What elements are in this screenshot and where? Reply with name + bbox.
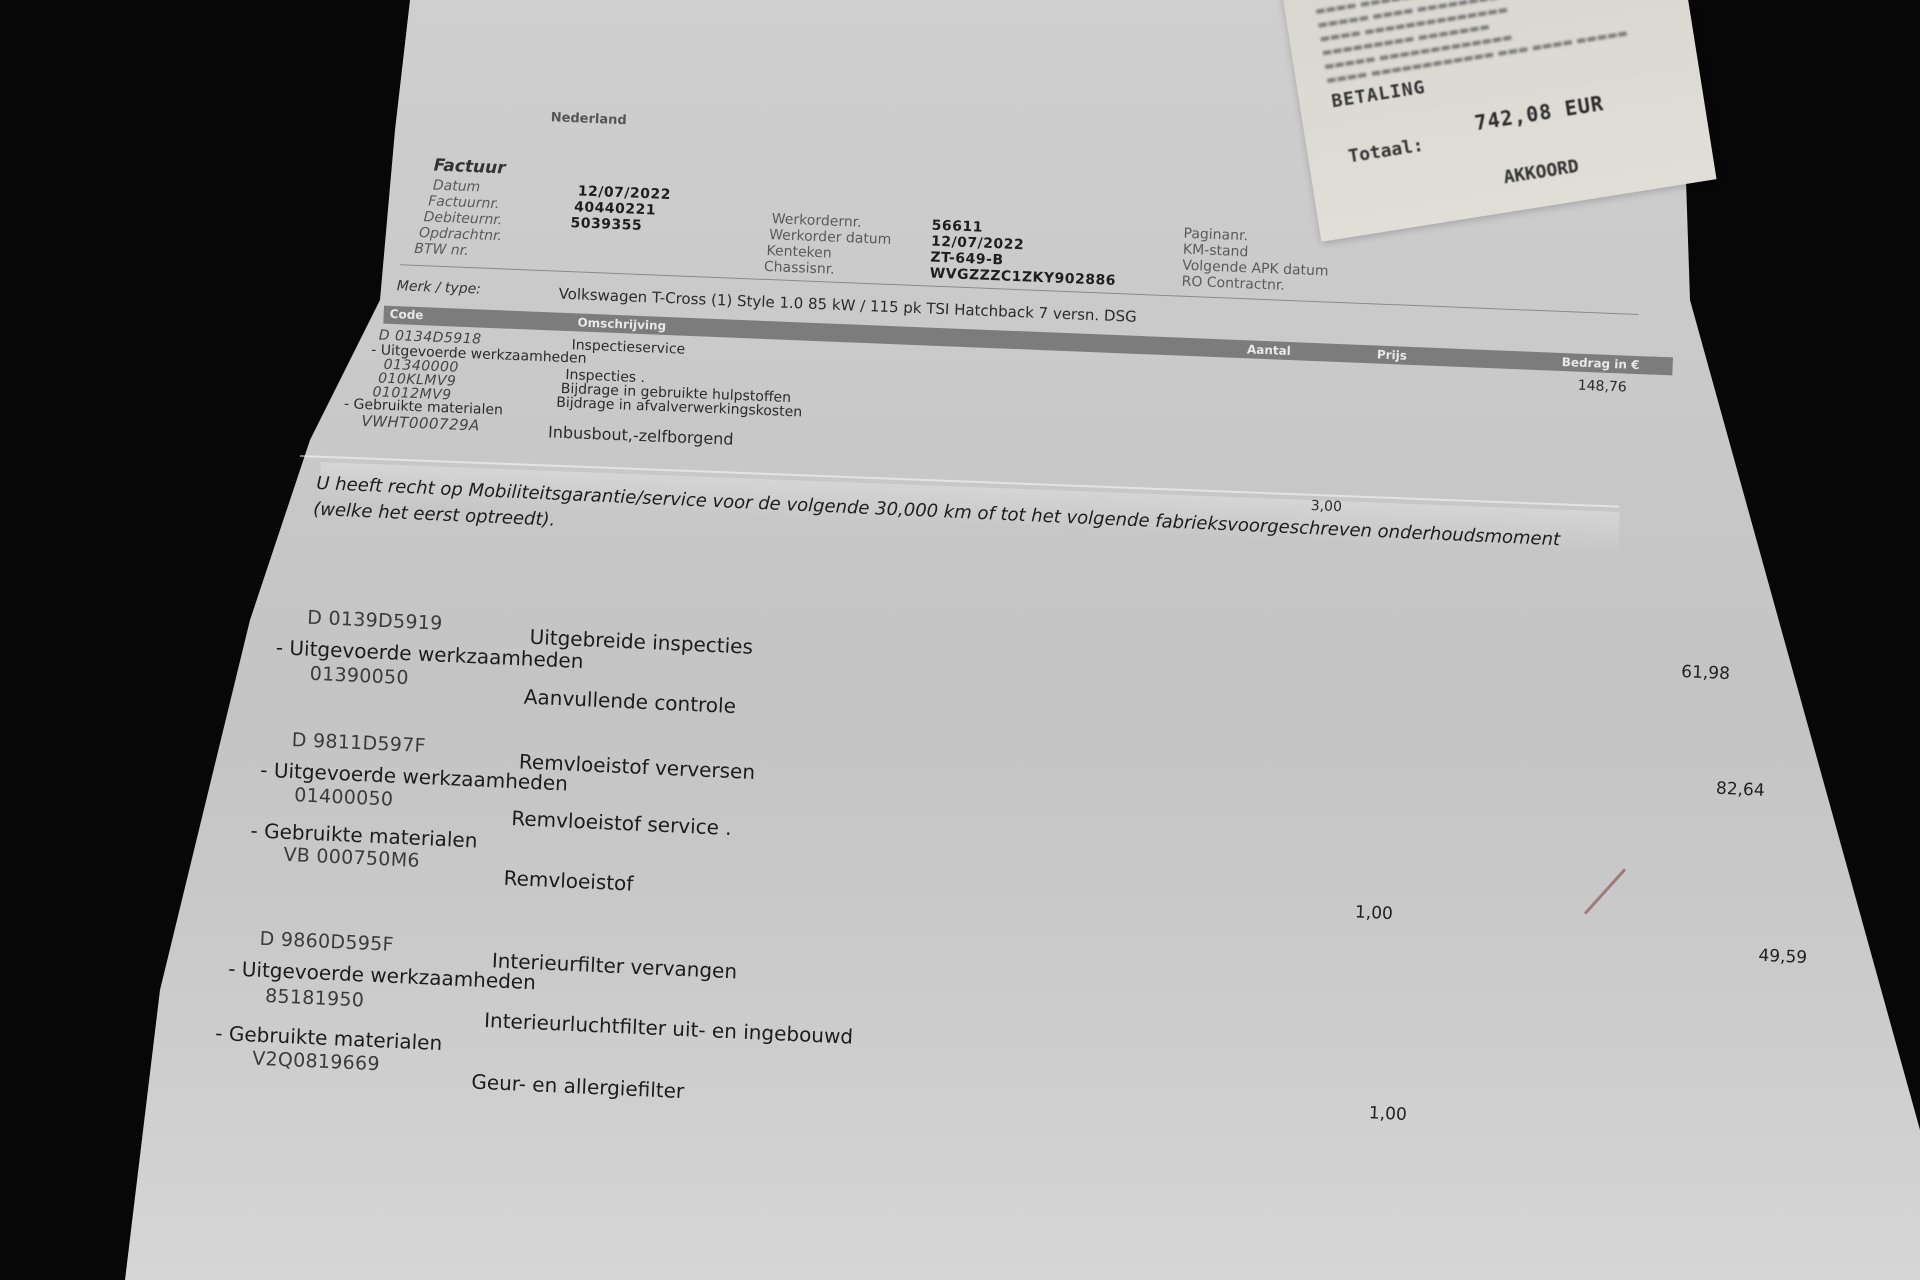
col-header-quantity: Aantal — [1247, 342, 1291, 358]
job-amount: 82,64 — [1716, 779, 1766, 801]
receipt-status: AKKOORD — [1502, 156, 1580, 189]
job-amount: 49,59 — [1758, 946, 1808, 968]
document-title: Factuur — [433, 156, 506, 179]
field-label-datum: Datum — [433, 178, 481, 196]
country-text: Nederland — [550, 110, 627, 128]
job-amount: 148,76 — [1577, 378, 1627, 396]
field-label-chassisnr: Chassisnr. — [764, 259, 835, 278]
material-quantity: 1,00 — [1355, 902, 1394, 924]
field-label-btw: BTW nr. — [414, 241, 469, 259]
receipt-total-label: Totaal: — [1347, 135, 1425, 168]
material-quantity: 1,00 — [1368, 1103, 1407, 1125]
field-value-debiteurnr: 5039355 — [570, 215, 642, 234]
receipt-total-value: 742,08 EUR — [1473, 91, 1606, 135]
material-quantity: 3,00 — [1310, 498, 1342, 515]
work-item-code: 01390050 — [309, 663, 409, 689]
vehicle-label: Merk / type: — [397, 278, 482, 297]
job-amount: 61,98 — [1681, 662, 1731, 684]
col-header-price: Prijs — [1377, 348, 1408, 363]
work-item-code: 85181950 — [265, 985, 365, 1011]
work-item-code: 01400050 — [294, 784, 394, 810]
col-header-code: Code — [389, 307, 423, 322]
